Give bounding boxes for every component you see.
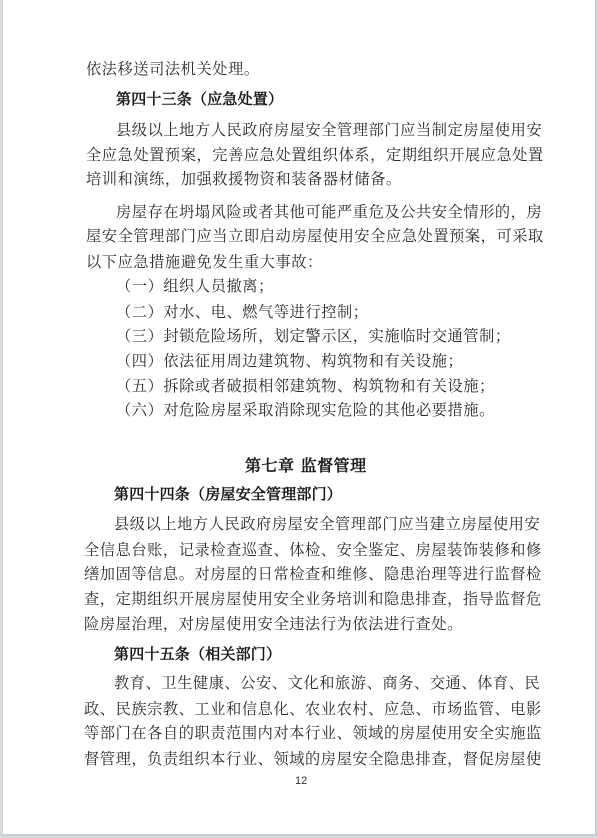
paragraph-line: （四）依法征用周边建筑物、构筑物和有关设施；: [116, 350, 463, 371]
article-heading: 第四十五条（相关部门）: [114, 643, 281, 664]
paragraph-line: 全信息台账，记录检查巡查、体检、安全鉴定、房屋装饰装修和修: [84, 539, 542, 560]
paragraph-line: （五）拆除或者破损相邻建筑物、构筑物和有关设施；: [116, 375, 495, 396]
paragraph-line: 全应急处置预案，完善应急处置组织体系，定期组织开展应急处置: [86, 144, 544, 165]
paragraph-line: （六）对危险房屋采取消除现实危险的其他必要措施。: [116, 399, 495, 420]
paragraph-line: 查，定期组织开展房屋使用安全业务培训和隐患排查，指导监督危: [84, 588, 542, 609]
paragraph-line: 等部门在各自的职责范围内对本行业、领域的房屋使用安全实施监: [84, 722, 542, 743]
paragraph-line: 县级以上地方人民政府房屋安全管理部门应当制定房屋使用安: [116, 119, 542, 140]
paragraph-line: 依法移送司法机关处理。: [86, 58, 260, 79]
paragraph-line: 培训和演练，加强救援物资和装备器材储备。: [86, 168, 402, 189]
chapter-title: 第七章 监督管理: [245, 453, 367, 476]
paragraph-line: 险房屋治理，对房屋使用安全违法行为依法进行查处。: [84, 613, 463, 634]
paragraph-line: 缮加固等信息。对房屋的日常检查和维修、隐患治理等进行监督检: [84, 563, 542, 584]
paragraph-line: 督管理，负责组织本行业、领域的房屋安全隐患排查，督促房屋使: [84, 748, 542, 769]
paragraph-line: （三）封锁危险场所，划定警示区，实施临时交通管制；: [116, 325, 511, 346]
page-number: 12: [295, 775, 307, 787]
paragraph-line: 以下应急措施避免发生重大事故：: [86, 251, 323, 272]
paragraph-line: 教育、卫生健康、公安、文化和旅游、商务、交通、体育、民: [114, 672, 540, 693]
document-page: 依法移送司法机关处理。第四十三条（应急处置）县级以上地方人民政府房屋安全管理部门…: [2, 0, 596, 836]
paragraph-line: 屋安全管理部门应当立即启动房屋使用安全应急处置预案，可采取: [86, 225, 544, 246]
article-heading: 第四十三条（应急处置）: [116, 88, 283, 109]
paragraph-line: （一）组织人员撤离；: [116, 275, 274, 296]
paragraph-line: 政、民族宗教、工业和信息化、农业农村、应急、市场监管、电影: [84, 698, 542, 719]
paragraph-line: （二）对水、电、燃气等进行控制；: [116, 301, 369, 322]
paragraph-line: 房屋存在坍塌风险或者其他可能严重危及公共安全情形的，房: [116, 201, 542, 222]
article-heading: 第四十四条（房屋安全管理部门）: [114, 483, 342, 504]
paragraph-line: 县级以上地方人民政府房屋安全管理部门应当建立房屋使用安: [114, 513, 540, 534]
